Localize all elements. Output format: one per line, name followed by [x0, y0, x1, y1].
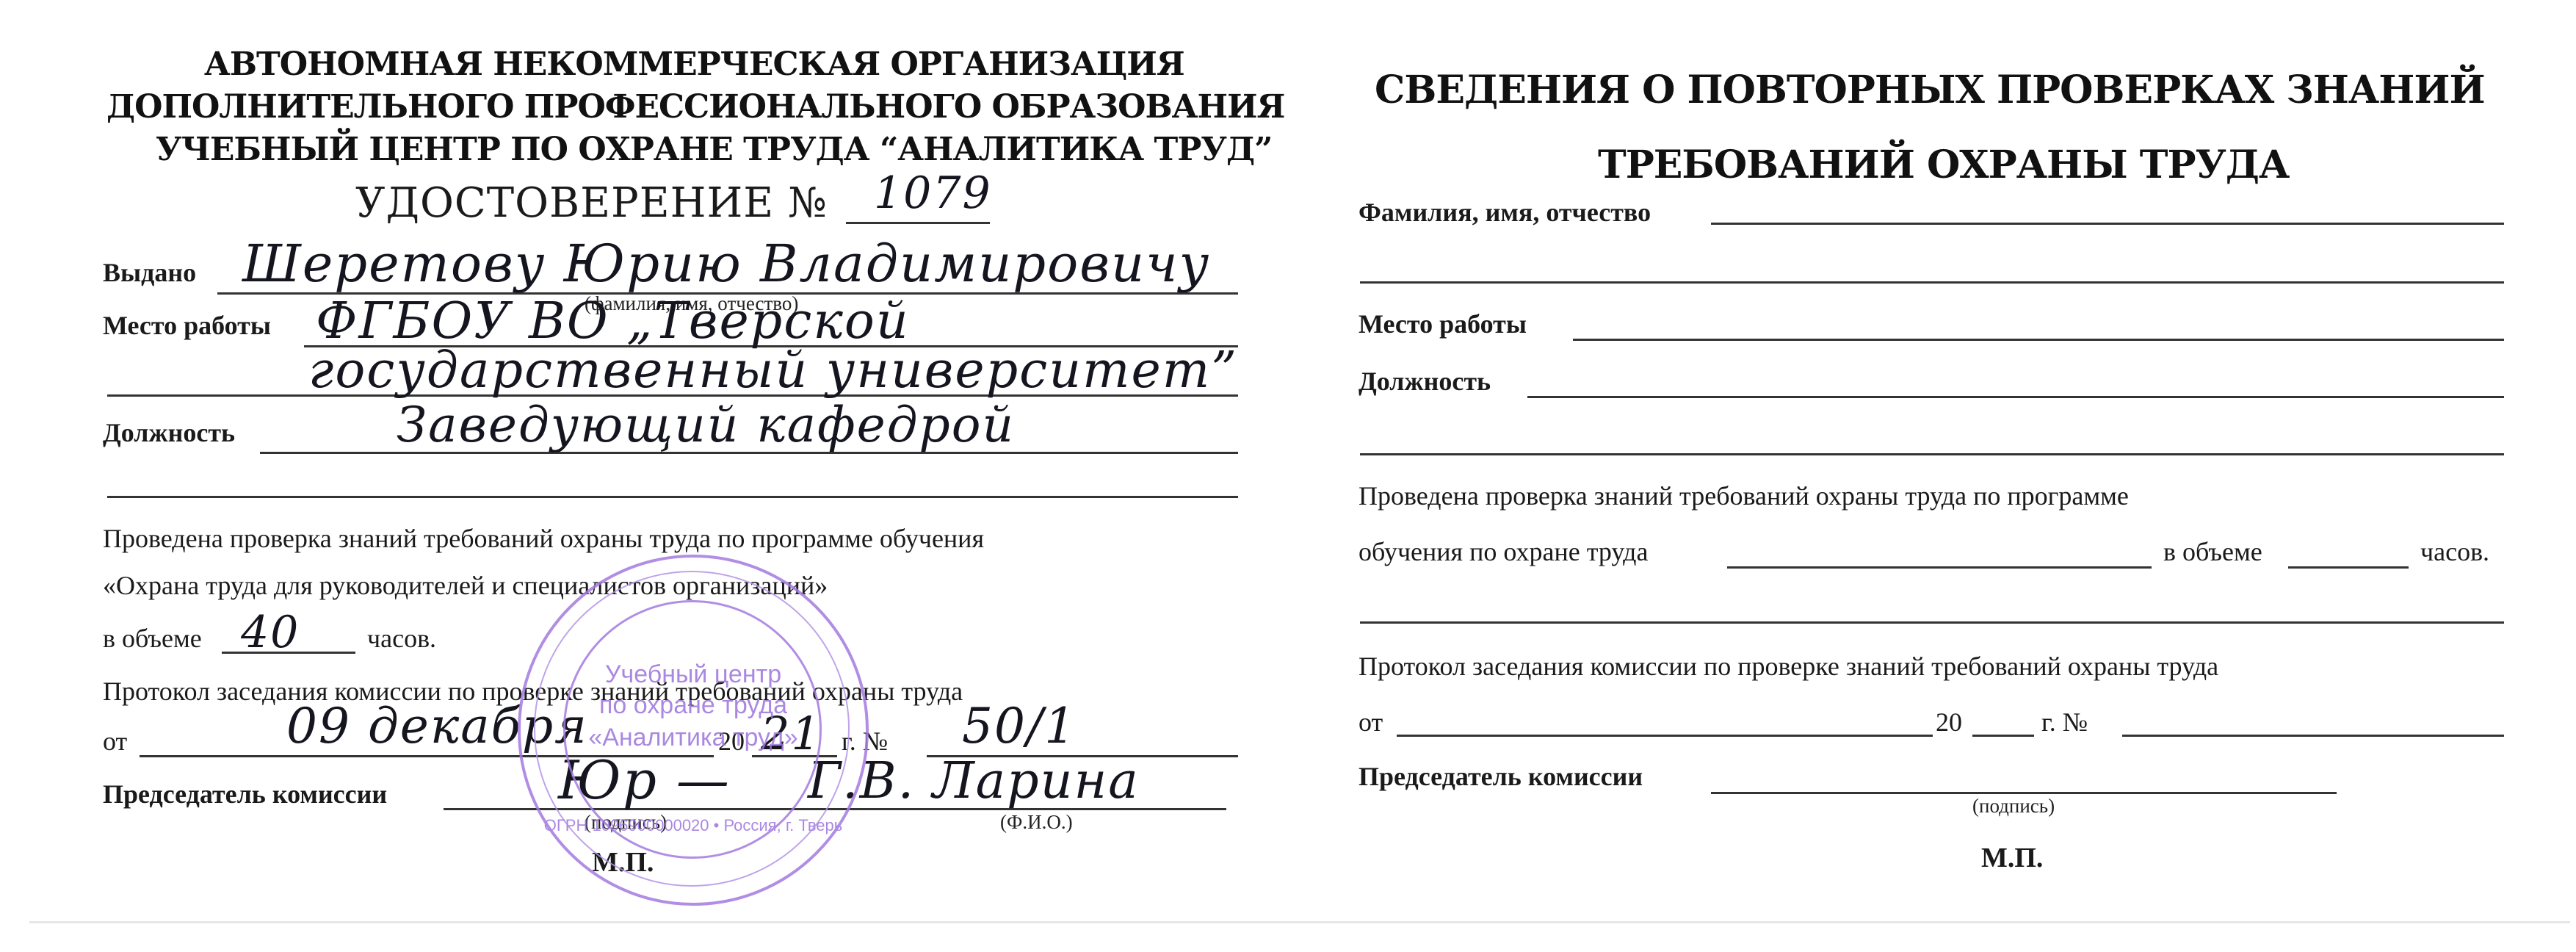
right-protocol-text: Протокол заседания комиссии по проверке …	[1358, 651, 2218, 682]
workplace-label: Место работы	[103, 310, 271, 341]
org-header-line-1: АВТОНОМНАЯ НЕКОММЕРЧЕСКАЯ ОРГАНИЗАЦИЯ	[204, 46, 1184, 83]
right-title-line-1: СВЕДЕНИЯ О ПОВТОРНЫХ ПРОВЕРКАХ ЗНАНИЙ	[1375, 68, 2485, 112]
volume-suffix: часов.	[367, 623, 436, 654]
right-seal-label: М.П.	[1981, 842, 2043, 874]
right-title-line-2: ТРЕБОВАНИЙ ОХРАНЫ ТРУДА	[1598, 143, 2289, 187]
right-volume-prefix: в объеме	[2163, 536, 2262, 567]
right-from-label: от	[1358, 707, 1383, 738]
right-check-text-1: Проведена проверка знаний требований охр…	[1358, 480, 2129, 511]
right-signature-caption: (подпись)	[1972, 795, 2055, 818]
stamp-center-line-3: «Аналитика труд»	[521, 724, 866, 752]
stamp-center-line-1: Учебный центр	[521, 660, 866, 689]
right-chairman-label: Председатель комиссии	[1358, 761, 1643, 792]
position-label: Должность	[103, 417, 235, 448]
from-label: от	[103, 726, 127, 757]
right-fio-label: Фамилия, имя, отчество	[1358, 197, 1651, 228]
protocol-number[interactable]: 50/1	[962, 698, 1077, 754]
fio-short-caption: (Ф.И.О.)	[1000, 811, 1073, 834]
volume-value[interactable]: 40	[241, 607, 300, 658]
org-header-line-2: ДОПОЛНИТЕЛЬНОГО ПРОФЕССИОНАЛЬНОГО ОБРАЗО…	[106, 88, 1284, 126]
right-position-label: Должность	[1358, 366, 1491, 397]
chairman-label: Председатель комиссии	[103, 779, 387, 809]
stamp-center-line-2: по охране труда	[521, 691, 866, 720]
page-bottom-edge	[29, 921, 2570, 923]
check-text: Проведена проверка знаний требований охр…	[103, 523, 984, 554]
position-value[interactable]: Заведующий кафедрой	[397, 397, 1015, 453]
volume-prefix: в объеме	[103, 623, 202, 654]
workplace-value-2[interactable]: государственный университет”	[308, 342, 1238, 400]
organization-stamp: Учебный центр по охране труда «Аналитика…	[518, 555, 869, 906]
issued-label: Выдано	[103, 257, 196, 288]
stamp-bottom-text: ОГРН 1096900000020 • Россия, г. Тверь	[521, 816, 866, 835]
right-year-suffix: г. №	[2041, 707, 2088, 738]
issued-value[interactable]: Шеретову Юрию Владимировичу	[242, 234, 1210, 294]
right-workplace-label: Место работы	[1358, 309, 1527, 339]
right-check-text-2: обучения по охране труда	[1358, 536, 1648, 567]
certificate-title: УДОСТОВЕРЕНИЕ №	[355, 179, 828, 227]
certificate-number: 1079	[874, 167, 992, 219]
right-volume-suffix: часов.	[2420, 536, 2489, 567]
org-header-line-3: УЧЕБНЫЙ ЦЕНТР ПО ОХРАНЕ ТРУДА “АНАЛИТИКА…	[156, 131, 1272, 168]
right-year-prefix: 20	[1936, 707, 1962, 738]
